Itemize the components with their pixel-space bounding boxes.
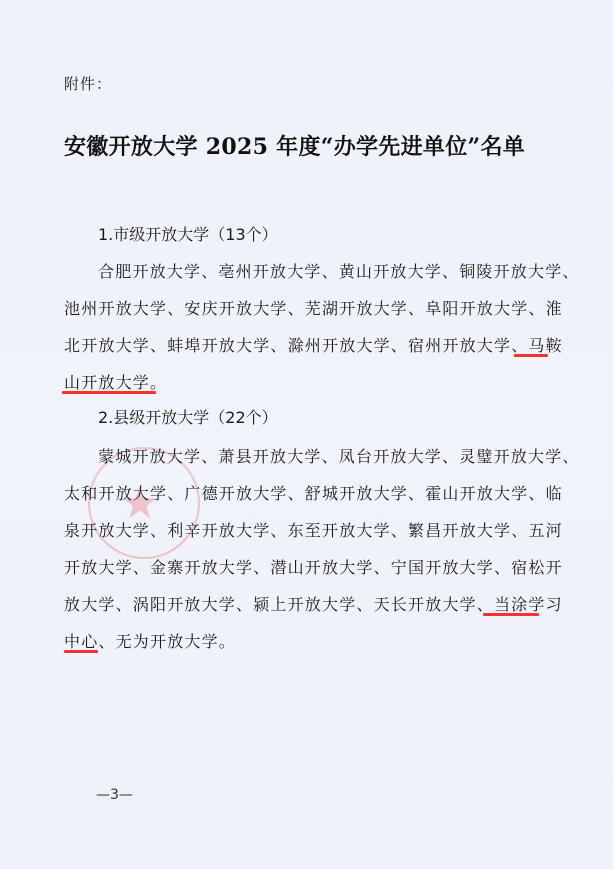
document-title: 安徽开放大学 2025 年度“办学先进单位”名单 bbox=[64, 130, 525, 161]
page-number: —3— bbox=[96, 787, 133, 803]
list-line: 放大学、涡阳开放大学、颍上开放大学、天长开放大学、当涂学习 bbox=[64, 592, 563, 615]
list-line: 合肥开放大学、亳州开放大学、黄山开放大学、铜陵开放大学、 bbox=[98, 259, 580, 282]
list-line: 蒙城开放大学、萧县开放大学、凤台开放大学、灵璧开放大学、 bbox=[98, 444, 580, 467]
list-line: 北开放大学、蚌埠开放大学、滁州开放大学、宿州开放大学、马鞍 bbox=[64, 333, 563, 356]
list-line: 中心、无为开放大学。 bbox=[64, 629, 236, 652]
section-heading-city: 1.市级开放大学（13个） bbox=[98, 222, 278, 245]
list-line: 山开放大学。 bbox=[64, 370, 167, 393]
list-line: 开放大学、金寨开放大学、潜山开放大学、宁国开放大学、宿松开 bbox=[64, 555, 563, 578]
list-line: 太和开放大学、广德开放大学、舒城开放大学、霍山开放大学、临 bbox=[64, 481, 563, 504]
highlight-underline bbox=[62, 391, 156, 394]
list-line: 泉开放大学、利辛开放大学、东至开放大学、繁昌开放大学、五河 bbox=[64, 518, 563, 541]
highlight-underline bbox=[64, 650, 98, 653]
section-heading-county: 2.县级开放大学（22个） bbox=[98, 405, 278, 428]
list-line: 池州开放大学、安庆开放大学、芜湖开放大学、阜阳开放大学、淮 bbox=[64, 296, 563, 319]
highlight-underline bbox=[483, 613, 539, 616]
document-page: 附件： 安徽开放大学 2025 年度“办学先进单位”名单 1.市级开放大学（13… bbox=[0, 0, 616, 869]
highlight-underline bbox=[514, 354, 548, 357]
attachment-label: 附件： bbox=[64, 73, 112, 94]
